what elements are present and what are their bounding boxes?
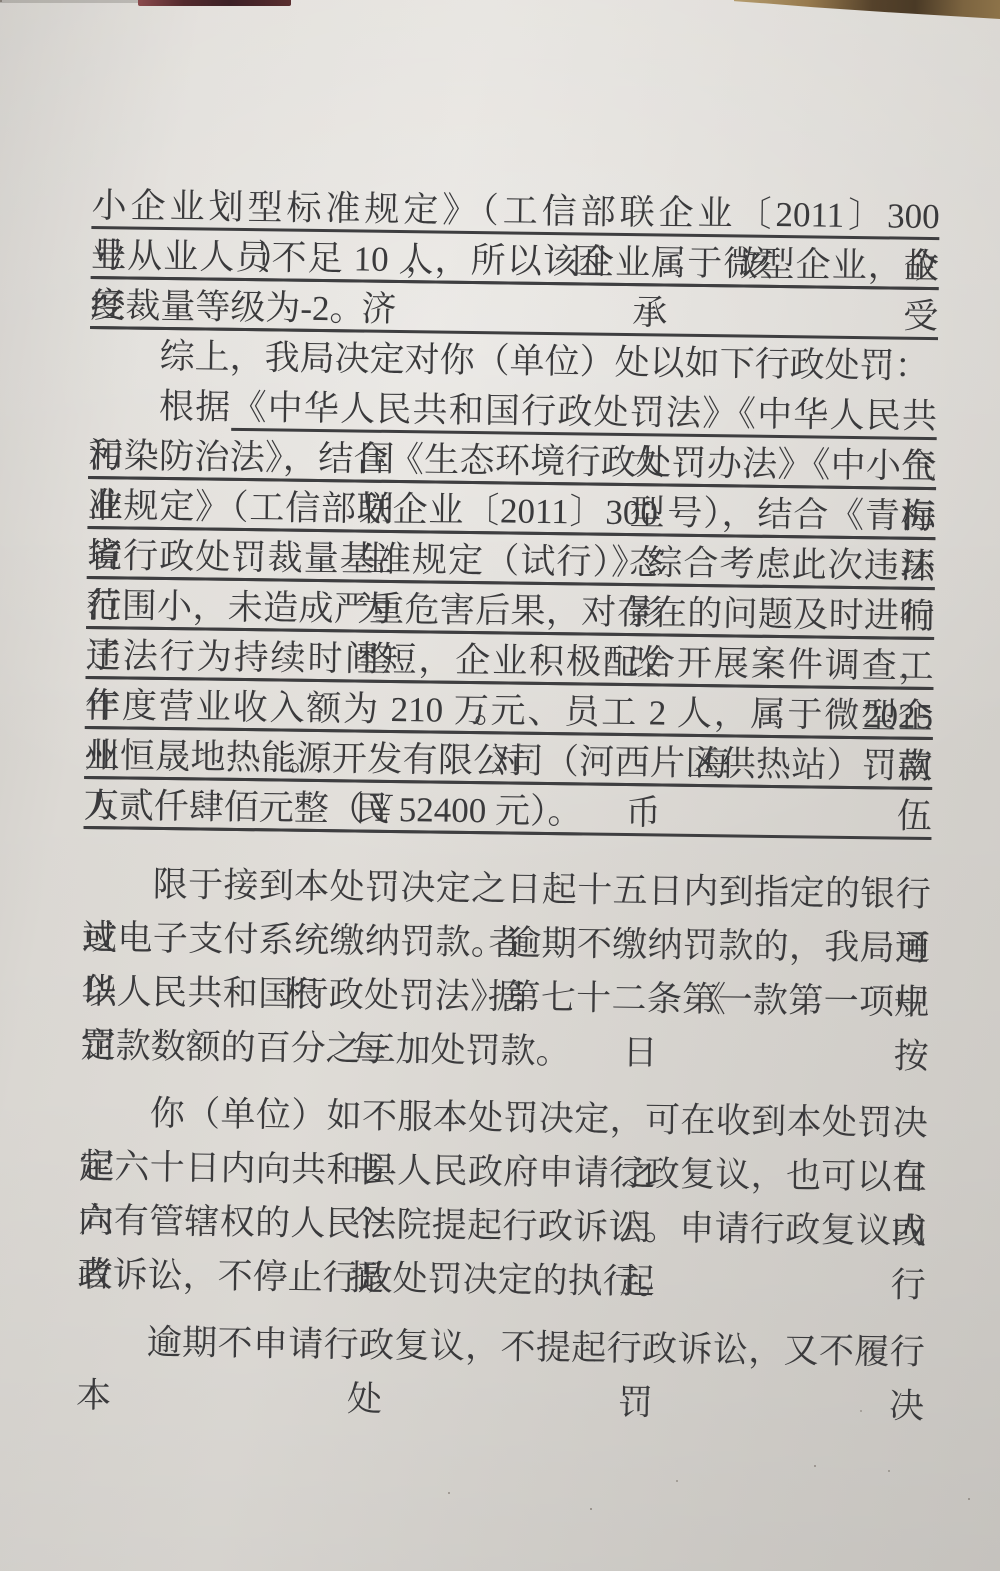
paragraph: 你（单位）如不服本处罚决定，可在收到本处罚决定书之日起六十日内向共和县人民政府申… [77,1086,928,1313]
wooden-table-corner [734,0,1000,19]
document-photo: { "document": { "paragraphs": [ { "inden… [0,0,1000,1571]
paragraph: 根据《中华人民共和国行政处罚法》《中华人民共和国大气污染防治法》，结合《生态环境… [83,381,937,842]
paragraph: 逾期不申请行政复议，不提起行政诉讼，又不履行本处罚决 [76,1315,925,1380]
plain-text: 罚款数额的百分之三加处罚款。 [80,1026,570,1071]
paper-dust-specks [0,0,2,2]
paragraph: 小企业划型标准规定》（工信部联企业〔2011〕300 号），因该企业从业人员不足… [90,181,940,342]
plain-text: 逾期不申请行政复议，不提起行政诉讼，又不履行本处罚决 [76,1323,925,1426]
plain-text: 根据 [159,387,232,427]
underlined-text: 万贰仟肆佰元整（￥52400 元）。 [84,786,583,832]
red-object-edge [138,0,291,6]
paper-top-edge-shadow [0,0,141,3]
paragraph: 限于接到本处罚决定之日起十五日内到指定的银行或者通过电子支付系统缴纳罚款。逾期不… [80,857,931,1084]
document-line: 逾期不申请行政复议，不提起行政诉讼，又不履行本处罚决 [76,1315,925,1380]
underlined-text: 度裁量等级为-2。 [90,286,365,329]
plain-text: 综上，我局决定对你（单位）处以如下行政处罚： [159,337,929,386]
document-text: 小企业划型标准规定》（工信部联企业〔2011〕300 号），因该企业从业人员不足… [76,181,939,1380]
plain-text: 政诉讼，不停止行政处罚决定的执行。 [77,1255,672,1302]
